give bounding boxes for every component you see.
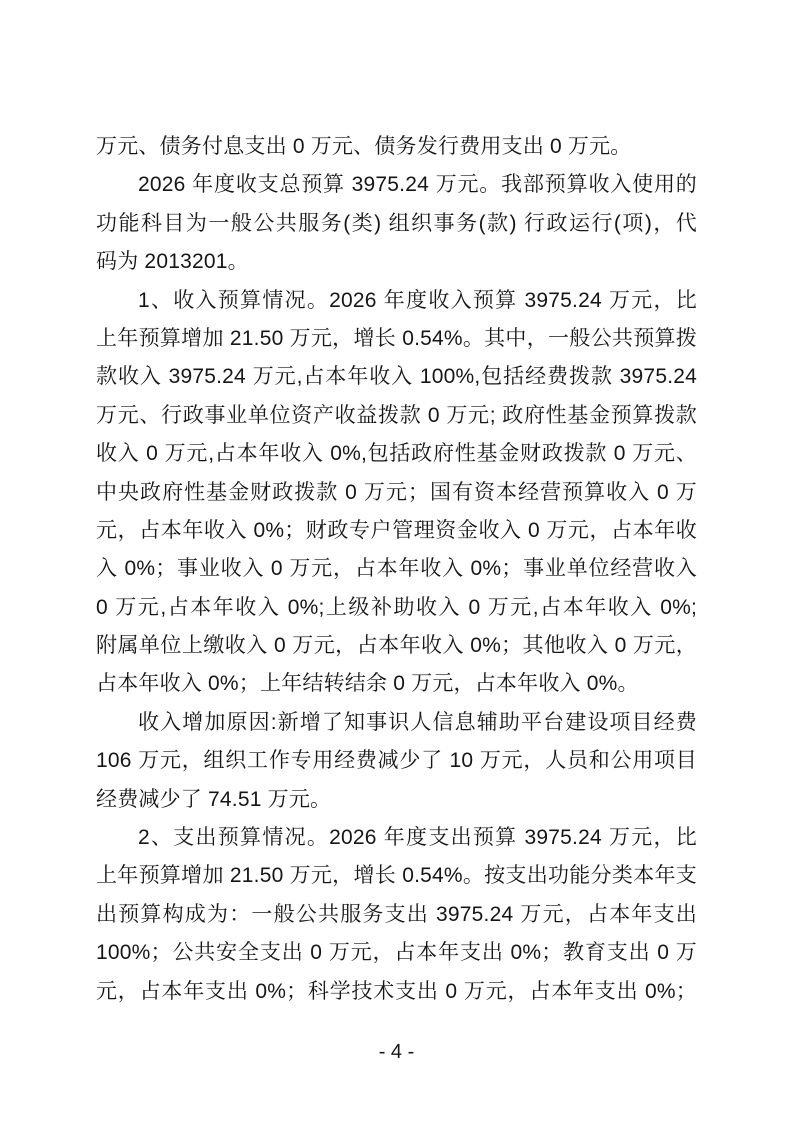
text-line: 元，占本年支出 0%；科学技术支出 0 万元，占本年支出 0%； bbox=[96, 973, 697, 1011]
document-page: 万元、债务付息支出 0 万元、债务发行费用支出 0 万元。2026 年度收支总预… bbox=[0, 0, 793, 1121]
text-line: 收入 0 万元,占本年收入 0%,包括政府性基金财政拨款 0 万元、 bbox=[96, 435, 697, 473]
text-line: 万元、债务付息支出 0 万元、债务发行费用支出 0 万元。 bbox=[96, 128, 697, 166]
text-line: 功能科目为一般公共服务(类) 组织事务(款) 行政运行(项)，代 bbox=[96, 205, 697, 243]
text-line: 占本年收入 0%；上年结转结余 0 万元，占本年收入 0%。 bbox=[96, 665, 697, 703]
text-line: 上年预算增加 21.50 万元，增长 0.54%。按支出功能分类本年支 bbox=[96, 857, 697, 895]
text-line: 款收入 3975.24 万元,占本年收入 100%,包括经费拨款 3975.24 bbox=[96, 358, 697, 396]
page-footer: - 4 - bbox=[0, 1038, 793, 1066]
page-number: - 4 - bbox=[379, 1041, 415, 1063]
text-line: 万元、行政事业单位资产收益拨款 0 万元; 政府性基金预算拨款 bbox=[96, 397, 697, 435]
text-line: 出预算构成为：一般公共服务支出 3975.24 万元，占本年支出 bbox=[96, 896, 697, 934]
text-line: 100%；公共安全支出 0 万元，占本年支出 0%；教育支出 0 万 bbox=[96, 934, 697, 972]
text-line: 元，占本年收入 0%；财政专户管理资金收入 0 万元，占本年收 bbox=[96, 512, 697, 550]
text-line: 经费减少了 74.51 万元。 bbox=[96, 781, 697, 819]
text-line: 2、支出预算情况。2026 年度支出预算 3975.24 万元，比 bbox=[96, 819, 697, 857]
text-line: 1、收入预算情况。2026 年度收入预算 3975.24 万元，比 bbox=[96, 282, 697, 320]
text-line: 106 万元，组织工作专用经费减少了 10 万元，人员和公用项目 bbox=[96, 742, 697, 780]
text-line: 附属单位上缴收入 0 万元，占本年收入 0%；其他收入 0 万元， bbox=[96, 627, 697, 665]
text-line: 上年预算增加 21.50 万元，增长 0.54%。其中，一般公共预算拨 bbox=[96, 320, 697, 358]
text-line: 收入增加原因:新增了知事识人信息辅助平台建设项目经费 bbox=[96, 704, 697, 742]
text-line: 码为 2013201。 bbox=[96, 243, 697, 281]
text-line: 2026 年度收支总预算 3975.24 万元。我部预算收入使用的 bbox=[96, 166, 697, 204]
text-line: 中央政府性基金财政拨款 0 万元；国有资本经营预算收入 0 万 bbox=[96, 474, 697, 512]
body-text: 万元、债务付息支出 0 万元、债务发行费用支出 0 万元。2026 年度收支总预… bbox=[96, 128, 697, 1011]
text-line: 入 0%；事业收入 0 万元，占本年收入 0%；事业单位经营收入 bbox=[96, 550, 697, 588]
text-line: 0 万元,占本年收入 0%;上级补助收入 0 万元,占本年收入 0%; bbox=[96, 589, 697, 627]
